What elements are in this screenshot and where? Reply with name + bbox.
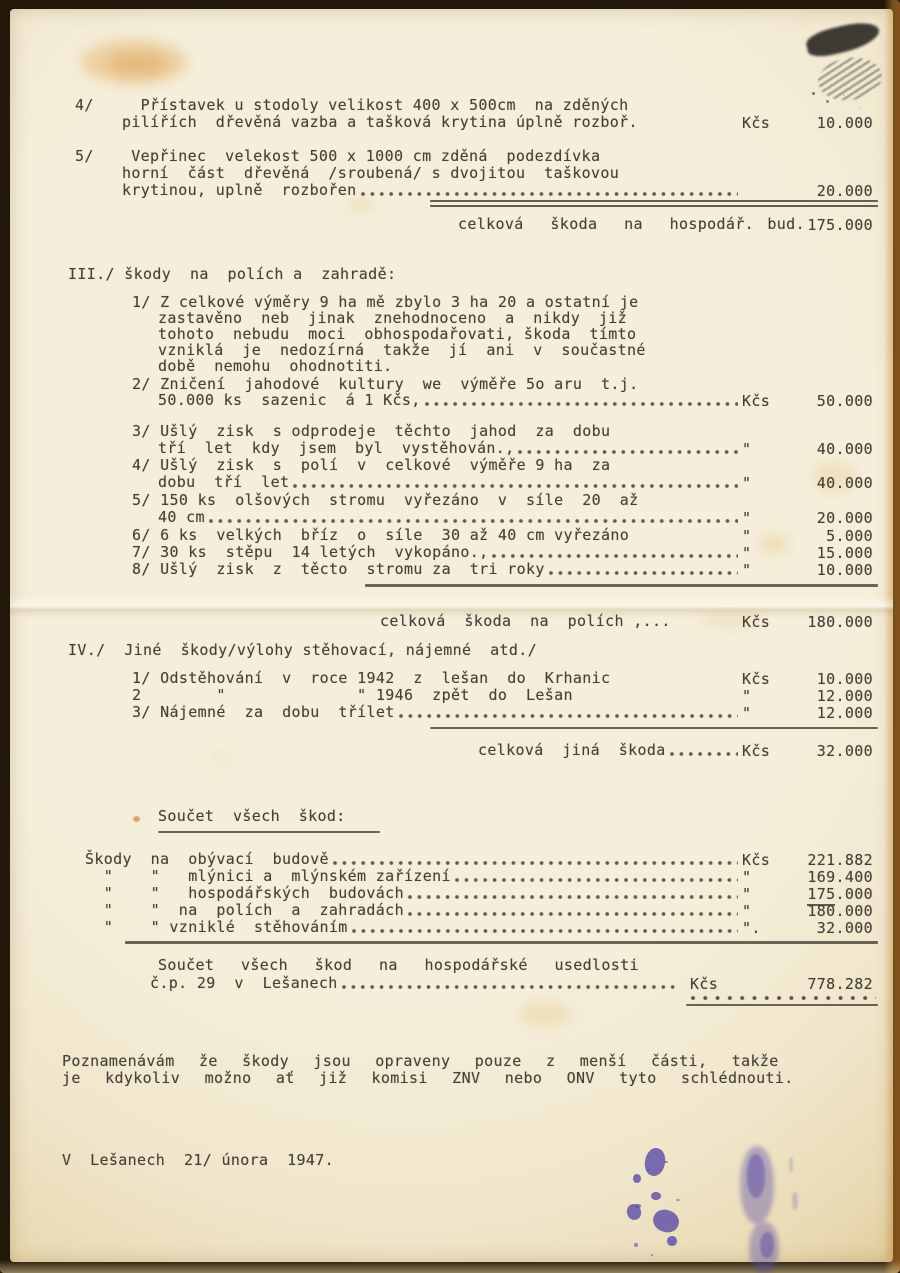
s3-item7-line: 7/ 30 ks stěpu 14 letých vykopáno., xyxy=(132,544,740,561)
sum-row5-text: " " vzniklé stěhováním xyxy=(85,919,348,936)
s3-item6-currency: " xyxy=(742,527,751,545)
dot-leader xyxy=(454,877,738,883)
item5-line1: 5/ Vepřinec velekost 500 x 1000 cm zděná… xyxy=(75,148,600,165)
dot-leader xyxy=(351,928,738,934)
note-line1: Poznamenávám že škody jsou opraveny pouz… xyxy=(62,1053,779,1070)
sum-row5-value: 32.000 xyxy=(817,919,873,937)
section4-heading: IV./ Jiné škody/výlohy stěhovací, nájemn… xyxy=(68,642,537,659)
s3-item8-amount: 10.000 xyxy=(817,561,873,579)
s3-item5-amount: 20.000 xyxy=(817,509,873,527)
total-fields-label: celková škoda na polích ,... xyxy=(380,613,671,630)
s3-item8-currency: " xyxy=(742,561,751,579)
sum-row4-text: " " na polích a zahradách xyxy=(85,902,404,919)
paper-stain xyxy=(348,200,374,210)
s4-item3-currency: " xyxy=(742,704,751,722)
total-other-line: celková jiná škoda xyxy=(478,742,740,759)
item4-line1: 4/ Přístavek u stodoly velikost 400 x 50… xyxy=(75,97,628,114)
s4-item1-amount: 10.000 xyxy=(817,670,873,688)
ink-dot xyxy=(133,816,140,822)
dot-leader xyxy=(548,570,738,576)
paper-stain xyxy=(212,753,230,762)
grand-total-dots xyxy=(690,995,876,1001)
dot-leader xyxy=(669,751,738,757)
total-fields-currency: Kčs xyxy=(742,613,770,631)
paper-stain xyxy=(520,1002,570,1026)
dot-leader xyxy=(208,518,738,524)
s3-item4-currency: " xyxy=(742,474,751,492)
s4-item2-line: 2 " " 1946 zpět do Lešan xyxy=(132,687,573,704)
dot-leader xyxy=(292,483,738,489)
s3-item5-line2-text: 40 cm xyxy=(158,509,205,526)
s4-item2-currency: " xyxy=(742,687,751,705)
grand-total-amount: 778.282 xyxy=(807,975,873,993)
s3-item3-line2: tří let kdy jsem byl vystěhován., xyxy=(158,440,740,457)
s3-item5-line2: 40 cm xyxy=(158,509,740,526)
s3-item6-line: 6/ 6 ks velkých bříz o síle 30 až 40 cm … xyxy=(132,527,629,544)
ink-stain-left xyxy=(651,1192,661,1200)
section3-heading: III./ škody na polích a zahradě: xyxy=(68,266,396,283)
item5-line3-text: krytinou, uplně rozbořen xyxy=(122,182,357,199)
sum-row1-value: 221.882 xyxy=(807,851,873,869)
total-fields-amount: 180.000 xyxy=(807,613,873,631)
paper-stain xyxy=(760,535,790,553)
s3-item6-amount: 5.000 xyxy=(826,527,873,545)
pencil-speck xyxy=(812,92,815,95)
s3-item2-amount: 50.000 xyxy=(817,392,873,410)
s3-item3-line2-text: tří let kdy jsem byl vystěhován., xyxy=(158,440,514,457)
total-farm-buildings-amount: 175.000 xyxy=(807,216,873,234)
s3-item3-currency: " xyxy=(742,440,751,458)
ink-stain-right xyxy=(760,1232,774,1258)
dot-leader xyxy=(332,860,738,866)
paper-stain xyxy=(108,52,168,76)
dot-leader xyxy=(398,713,738,719)
dot-leader xyxy=(360,191,738,197)
note-line2: je kdykoliv možno ať již komisi ZNV nebo… xyxy=(62,1070,794,1087)
s3-item4-line2: dobu tří let xyxy=(158,474,740,491)
sum-row4-currency: " xyxy=(742,902,751,920)
ink-stain-left xyxy=(633,1174,641,1183)
date-line: V Lešanech 21/ února 1947. xyxy=(62,1152,334,1169)
sum-row3-currency: " xyxy=(742,885,751,903)
item5-line3: krytinou, uplně rozbořen xyxy=(122,182,740,199)
scanned-document-page: 4/ Přístavek u stodoly velikost 400 x 50… xyxy=(0,0,900,1273)
total-other-label: celková jiná škoda xyxy=(478,742,666,759)
s3-item3-amount: 40.000 xyxy=(817,440,873,458)
s4-item3-amount: 12.000 xyxy=(817,704,873,722)
dot-leader xyxy=(424,401,738,407)
separator-rule xyxy=(125,941,878,944)
sum-row1-currency: Kčs xyxy=(742,851,770,869)
separator-rule xyxy=(430,200,878,207)
s3-item7-text: 7/ 30 ks stěpu 14 letých vykopáno., xyxy=(132,544,488,561)
dot-leader xyxy=(407,894,738,900)
s3-item4-line2-text: dobu tří let xyxy=(158,474,289,491)
sum-heading: Součet všech škod: xyxy=(158,808,346,825)
item4-amount: 10.000 xyxy=(817,114,873,132)
total-other-amount: 32.000 xyxy=(817,742,873,760)
s4-item1-currency: Kčs xyxy=(742,670,770,688)
paper-edge-right xyxy=(884,0,900,1273)
item4-currency: Kčs xyxy=(742,114,770,132)
sum-row4: " " na polích a zahradách xyxy=(85,902,740,919)
dot-leader xyxy=(491,553,738,559)
s3-item8-text: 8/ Ušlý zisk z těcto stromu za tri roky xyxy=(132,561,545,578)
item4-line2: pilířích dřevěná vazba a tašková krytina… xyxy=(122,114,638,131)
sum-row3: " " hospodářských budovách xyxy=(85,885,740,902)
sum-row5-currency: ". xyxy=(742,919,761,937)
s3-item2-currency: Kčs xyxy=(742,392,770,410)
item5-line2: horní část dřevěná /sroubená/ s dvojitou… xyxy=(122,165,619,182)
s3-item4-amount: 40.000 xyxy=(817,474,873,492)
sum-row5: " " vzniklé stěhováním xyxy=(85,919,740,936)
sum-row1: Škody na obývací budově xyxy=(85,851,740,868)
sum-row4-value: 180.000 xyxy=(807,902,873,920)
grand-total-line2: č.p. 29 v Lešanech xyxy=(150,975,680,992)
s4-item3-line: 3/ Nájemné za dobu třílet xyxy=(132,704,740,721)
s3-item7-currency: " xyxy=(742,544,751,562)
s3-item5-line1: 5/ 150 ks olšových stromu vyřezáno v síl… xyxy=(132,492,639,509)
sum-row2-currency: " xyxy=(742,868,751,886)
grand-total-line2-text: č.p. 29 v Lešanech xyxy=(150,975,338,992)
s4-item2-amount: 12.000 xyxy=(817,687,873,705)
dot-leader xyxy=(341,984,678,990)
s3-item2-line2: 50.000 ks sazenic á 1 Kčs, xyxy=(158,392,740,409)
s3-item8-line: 8/ Ušlý zisk z těcto stromu za tri roky xyxy=(132,561,740,578)
ink-stain-right xyxy=(747,1154,765,1198)
sum-heading-underline xyxy=(158,831,380,833)
s3-item1-line5: době nemohu ohodnotiti. xyxy=(158,358,393,375)
s3-item3-line1: 3/ Ušlý zisk s odprodeje těchto jahod za… xyxy=(132,423,610,440)
s3-item4-line1: 4/ Ušlý zisk s polí v celkové výměře 9 h… xyxy=(132,457,610,474)
separator-rule xyxy=(430,727,878,729)
s3-item5-currency: " xyxy=(742,509,751,527)
sum-row1-text: Škody na obývací budově xyxy=(85,851,329,868)
total-other-currency: Kčs xyxy=(742,742,770,760)
item5-amount: 20.000 xyxy=(817,182,873,200)
sum-row2: " " mlýnici a mlýnském zařízení xyxy=(85,868,740,885)
dot-leader xyxy=(407,911,738,917)
sum-row3-text: " " hospodářských budovách xyxy=(85,885,404,902)
dot-leader xyxy=(517,449,738,455)
grand-total-currency: Kčs xyxy=(690,975,718,993)
separator-rule xyxy=(365,584,878,587)
ink-stain-left xyxy=(667,1236,677,1246)
s4-item1-line: 1/ Odstěhování v roce 1942 z lešan do Kr… xyxy=(132,670,610,687)
sum-row3-value-rest: .000 xyxy=(835,885,873,903)
sum-row2-text: " " mlýnici a mlýnském zařízení xyxy=(85,868,451,885)
grand-total-line1: Součet všech škod na hospodářské usedlos… xyxy=(158,957,639,974)
s3-item7-amount: 15.000 xyxy=(817,544,873,562)
s4-item3-text: 3/ Nájemné za dobu třílet xyxy=(132,704,395,721)
total-farm-buildings-label: celková škoda na hospodář. bud. xyxy=(458,216,805,233)
sum-row2-value: 169.400 xyxy=(807,868,873,886)
sum-row3-value: 175.000 xyxy=(807,885,873,903)
grand-total-underline xyxy=(686,1004,878,1006)
s3-item2-line2-text: 50.000 ks sazenic á 1 Kčs, xyxy=(158,392,421,409)
